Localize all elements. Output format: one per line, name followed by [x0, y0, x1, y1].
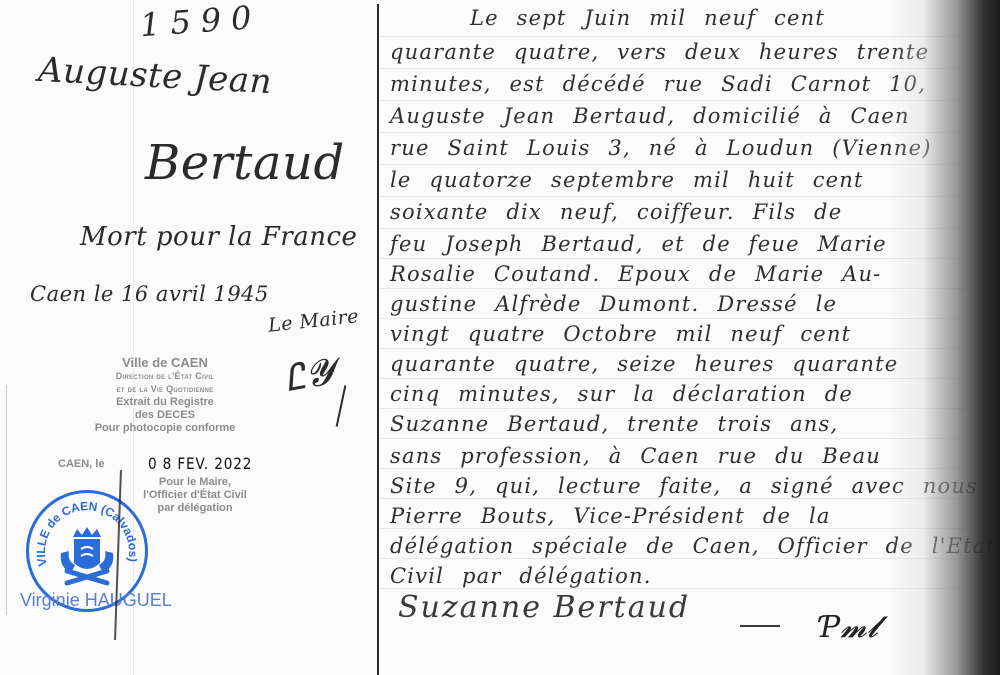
ruled-line — [380, 36, 1000, 37]
ruled-line — [380, 164, 1000, 165]
body-line: Pierre Bouts, Vice-Président de la — [390, 504, 831, 528]
cert-city: Ville de CAEN — [55, 355, 275, 370]
body-line: gustine Alfrède Dumont. Dressé le — [390, 292, 837, 316]
ruled-line — [380, 258, 1000, 259]
body-line: cinq minutes, sur la déclaration de — [390, 382, 853, 406]
ruled-line — [380, 196, 1000, 197]
officer-signature: Ƥ𝓶𝓵 — [820, 610, 878, 645]
body-line: rue Saint Louis 3, né à Loudun (Vienne) — [390, 136, 932, 160]
acte-number: 1590 — [139, 0, 263, 44]
ruled-line — [380, 228, 1000, 229]
deceased-given-names: Auguste Jean — [37, 50, 273, 102]
ruled-line — [380, 132, 1000, 133]
margin-rule-line — [377, 4, 379, 675]
body-line: Suzanne Bertaud, trente trois ans, — [390, 412, 838, 436]
ruled-line — [380, 378, 1000, 379]
mayor-title: Le Maire — [267, 305, 360, 336]
ruled-line — [380, 100, 1000, 101]
ruled-line — [380, 68, 1000, 69]
certification-stamp: Ville de CAEN Direction de l'État Civil … — [55, 355, 275, 435]
ruled-line — [380, 438, 1000, 439]
cert-date-stamp: 0 8 FEV. 2022 — [148, 454, 252, 473]
mention-place-date: Caen le 16 avril 1945 — [30, 282, 269, 306]
ruled-line — [380, 498, 1000, 499]
body-line: sans profession, à Caen rue du Beau — [390, 444, 881, 468]
document-page: 1590 Auguste Jean Bertaud Mort pour la F… — [0, 0, 1000, 675]
body-line: Civil par délégation. — [390, 564, 652, 588]
cert-for-mayor: Pour le Maire, — [110, 476, 280, 489]
cert-conformity: Pour photocopie conforme — [55, 422, 275, 435]
ruled-line — [380, 348, 1000, 349]
ruled-line — [380, 558, 1000, 559]
body-line: quarante quatre, seize heures quarante — [390, 352, 898, 376]
body-line: soixante dix neuf, coiffeur. Fils de — [390, 200, 842, 224]
signature-flourish — [740, 625, 780, 627]
scan-edge-mark — [6, 385, 7, 615]
body-line: Le sept Juin mil neuf cent — [470, 6, 825, 30]
cert-extract-1: Extrait du Registre — [55, 396, 275, 409]
ruled-line — [380, 318, 1000, 319]
body-line: le quatorze septembre mil huit cent — [390, 168, 864, 192]
body-line: vingt quatre Octobre mil neuf cent — [390, 322, 851, 346]
ruled-line — [380, 288, 1000, 289]
ruled-line — [380, 468, 1000, 469]
body-line: Auguste Jean Bertaud, domicilié à Caen — [390, 104, 910, 128]
body-line: feu Joseph Bertaud, et de feue Marie — [390, 232, 887, 256]
cert-officer-name: Virginie HAUGUEL — [20, 590, 172, 611]
deceased-surname: Bertaud — [145, 135, 345, 191]
body-line: quarante quatre, vers deux heures trente — [390, 40, 929, 64]
ruled-line — [380, 588, 1000, 589]
ruled-line — [380, 528, 1000, 529]
mort-pour-la-france-mention: Mort pour la France — [80, 222, 357, 252]
ruled-line — [380, 408, 1000, 409]
cert-place: CAEN, le — [58, 458, 104, 470]
cert-direction-2: et de la Vie Quotidienne — [55, 383, 275, 396]
declarant-signature: Suzanne Bertaud — [398, 590, 690, 625]
scan-edge-shadow — [890, 0, 1000, 675]
body-line: délégation spéciale de Caen, Officier de… — [390, 534, 996, 558]
body-line: minutes, est décédé rue Sadi Carnot 10, — [390, 72, 926, 96]
body-line: Rosalie Coutand. Epoux de Marie Au- — [390, 262, 881, 286]
cert-direction-1: Direction de l'État Civil — [55, 370, 275, 383]
mayor-signature: Ꮭ𝓨 — [282, 351, 338, 401]
cert-extract-2: des DECES — [55, 409, 275, 422]
body-line: Site 9, qui, lecture faite, a signé avec… — [390, 474, 978, 498]
